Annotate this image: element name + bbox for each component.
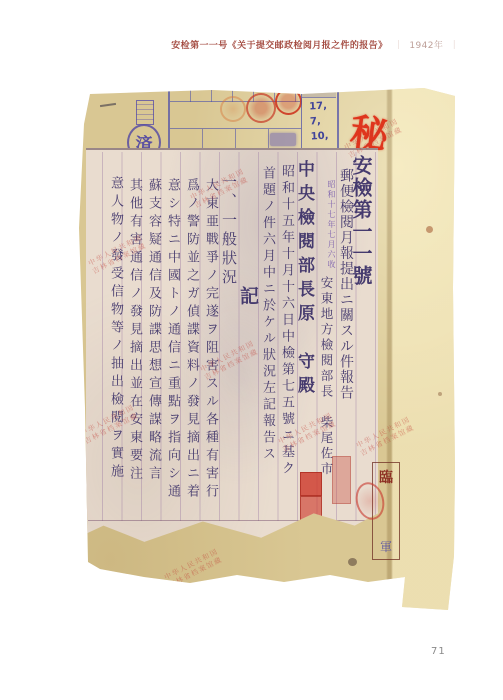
document-title: 安检第一一号《关于提交邮政检阅月报之件的报告》 — [171, 41, 387, 51]
side-box-top-character: 臨 — [373, 467, 399, 487]
page-header: 安检第一一号《关于提交邮政检阅月报之件的报告》 ｜ 1942年 ｜ — [171, 38, 462, 51]
red-signature-seal — [300, 496, 322, 523]
date-line: 10, — [310, 129, 328, 145]
red-signature-seal — [300, 472, 322, 496]
date-column: 17, 7, 10, — [301, 90, 336, 151]
header-separator: ｜ — [447, 41, 462, 51]
side-box-bottom-character: 軍 — [373, 538, 399, 555]
date-line: 17, — [309, 99, 327, 115]
header-separator: ｜ — [391, 41, 406, 51]
round-seal-stamp — [246, 93, 276, 123]
date-column-header — [302, 90, 336, 98]
red-signature-seal — [332, 456, 351, 504]
ink-speck — [348, 558, 357, 566]
rectangular-seal-stamp — [136, 100, 154, 125]
manuscript-column: 安東地方檢閱部長 柴尾佐市 — [317, 276, 336, 478]
manuscript-column: 意シ特ニ中國トノ通信ニ重點ヲ指向シ通 — [163, 178, 182, 502]
document-year: 1942年 — [409, 41, 443, 51]
routing-table: 17, 7, 10, — [168, 88, 339, 153]
archival-document-photo: 17, 7, 10, 済 秘 安檢第一一號 郵便檢閱月報提出ニ關スル件報告 昭和… — [72, 88, 455, 613]
manuscript-column: 其他有害通信ノ發見摘出並在安東要注 — [125, 178, 144, 484]
manuscript-column: 意人物ノ發受信物等ノ抽出檢閱ヲ實施 — [106, 176, 125, 482]
manuscript-column: 郵便檢閱月報提出ニ關スル件報告 — [336, 168, 355, 401]
rust-speck — [438, 392, 442, 396]
round-seal-stamp — [275, 88, 302, 115]
manuscript-column: 首題ノ件六月中ニ於ケル狀況左記報告ス — [258, 166, 277, 463]
handwritten-date: 17, 7, 10, — [309, 99, 329, 145]
manuscript-column: 大東亜戰爭ノ完遂ヲ阻害スル各種有害行 — [201, 178, 220, 502]
manuscript-column: 爲ノ警防並之ガ偵諜資料ノ發見摘出ニ着 — [182, 178, 201, 502]
purple-ink-stamp — [270, 133, 296, 146]
archive-watermark: 中华人民共和国 吉林省档案馆藏 — [163, 547, 224, 590]
manuscript-column: 蘇支容疑通信及防諜思想宣傳謀略流言 — [144, 178, 163, 484]
round-seal-stamp — [220, 96, 246, 122]
date-line: 7, — [310, 114, 328, 130]
manuscript-column: 記 — [238, 286, 257, 310]
page-number: 71 — [431, 646, 446, 657]
rust-speck — [426, 226, 433, 233]
received-date-stamp: 昭和十七年七月六收 — [325, 180, 337, 270]
pencil-mark — [100, 103, 116, 107]
